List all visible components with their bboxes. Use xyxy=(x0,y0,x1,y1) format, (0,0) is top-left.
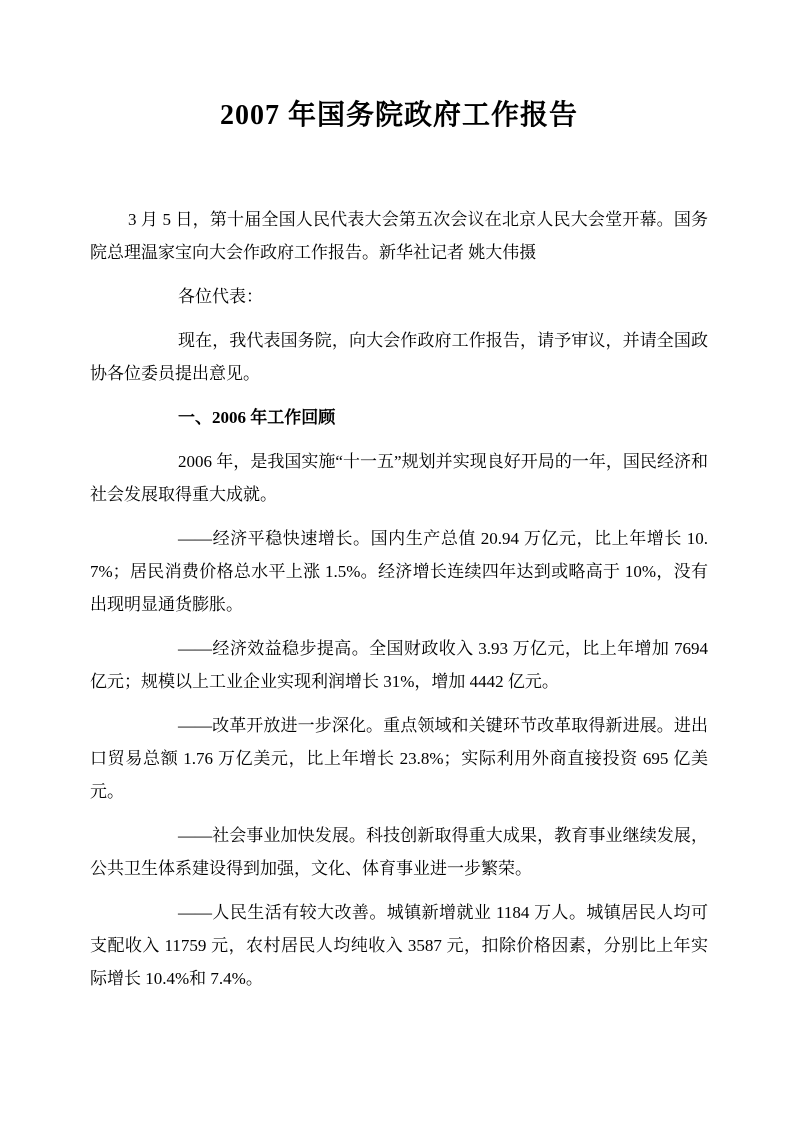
document-title: 2007 年国务院政府工作报告 xyxy=(90,96,708,136)
document-content: 2007 年国务院政府工作报告 3 月 5 日，第十届全国人民代表大会第五次会议… xyxy=(0,0,793,995)
paragraph-social-programs: ——社会事业加快发展。科技创新取得重大成果，教育事业继续发展，公共卫生体系建设得… xyxy=(90,819,708,885)
paragraph-salutation: 各位代表： xyxy=(90,280,708,313)
paragraph-overview: 2006 年，是我国实施“十一五”规划并实现良好开局的一年，国民经济和社会发展取… xyxy=(90,445,708,511)
paragraph-living-standards: ——人民生活有较大改善。城镇新增就业 1184 万人。城镇居民人均可支配收入 1… xyxy=(90,896,708,995)
section-heading-2006-review: 一、2006 年工作回顾 xyxy=(90,401,708,434)
paragraph-photo-caption: 3 月 5 日，第十届全国人民代表大会第五次会议在北京人民大会堂开幕。国务院总理… xyxy=(90,203,708,269)
document-page: 2007 年国务院政府工作报告 3 月 5 日，第十届全国人民代表大会第五次会议… xyxy=(0,0,793,1122)
paragraph-reform-opening: ——改革开放进一步深化。重点领域和关键环节改革取得新进展。进出口贸易总额 1.7… xyxy=(90,709,708,808)
paragraph-economic-growth: ——经济平稳快速增长。国内生产总值 20.94 万亿元，比上年增长 10.7%；… xyxy=(90,522,708,621)
paragraph-intro: 现在，我代表国务院，向大会作政府工作报告，请予审议，并请全国政协各位委员提出意见… xyxy=(90,324,708,390)
paragraph-economic-efficiency: ——经济效益稳步提高。全国财政收入 3.93 万亿元，比上年增加 7694 亿元… xyxy=(90,632,708,698)
